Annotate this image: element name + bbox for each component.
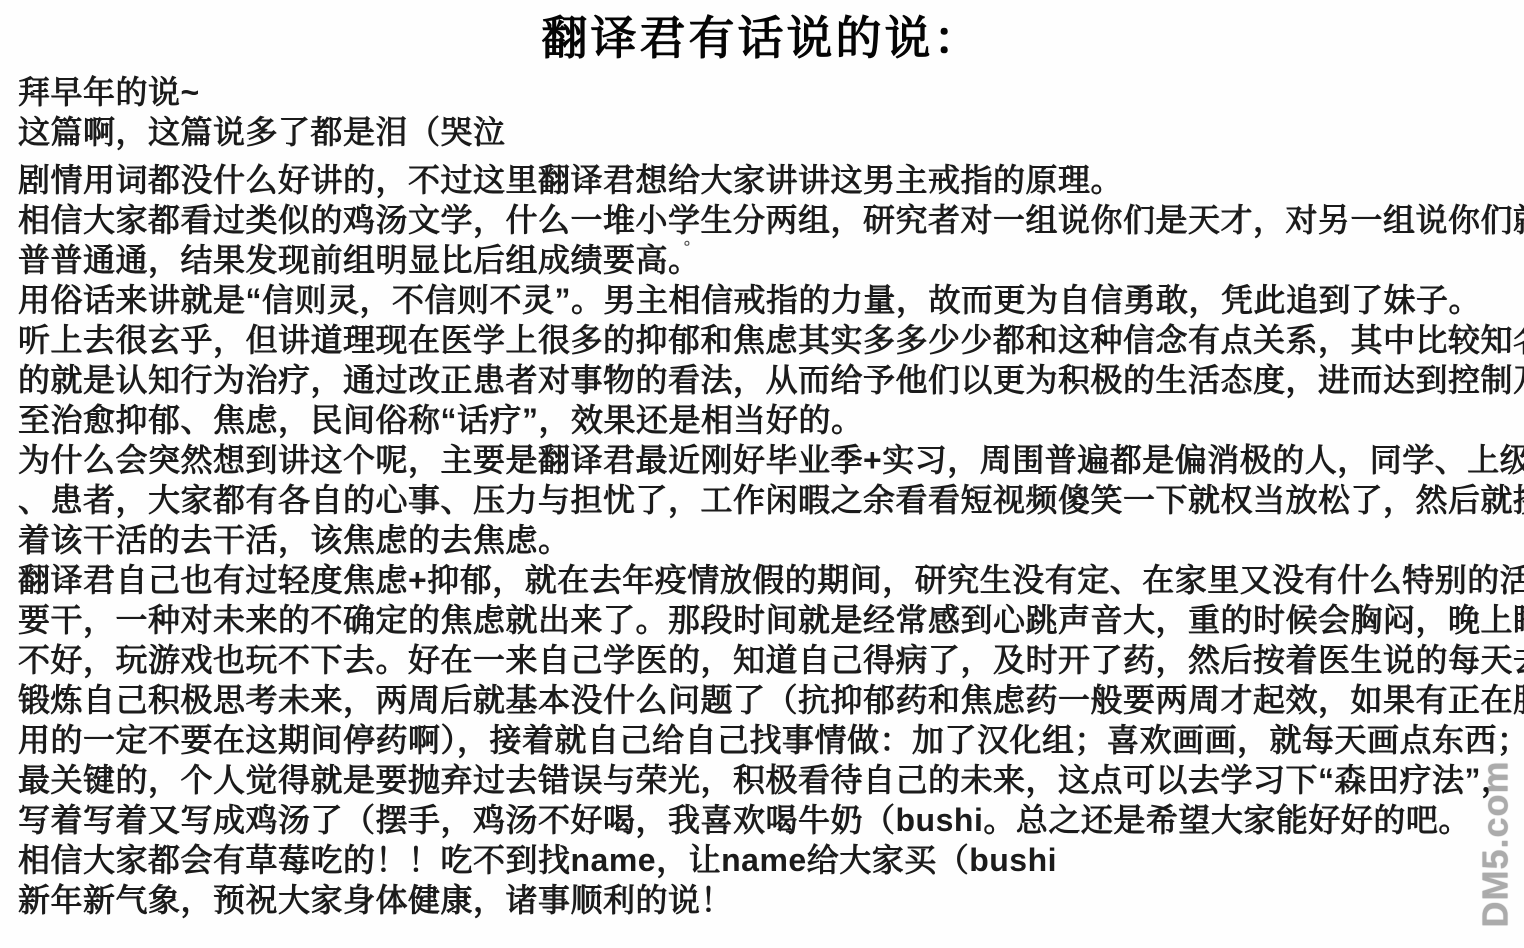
note-body: 拜早年的说~这篇啊，这篇说多了都是泪（哭泣剧情用词都没什么好讲的，不过这里翻译君…	[18, 72, 1520, 920]
text-line: 的就是认知行为治疗，通过改正患者对事物的看法，从而给予他们以更为积极的生活态度，…	[18, 360, 1520, 400]
text-line: 锻炼自己积极思考未来，两周后就基本没什么问题了（抗抑郁药和焦虑药一般要两周才起效…	[18, 680, 1520, 720]
text-line: 新年新气象，预祝大家身体健康，诸事顺利的说！	[18, 880, 1520, 920]
text-line: 普普通通，结果发现前组明显比后组成绩要高。	[18, 240, 1520, 280]
text-line: 拜早年的说~	[18, 72, 1520, 112]
text-line: 不好，玩游戏也玩不下去。好在一来自己学医的，知道自己得病了，及时开了药，然后按着…	[18, 640, 1520, 680]
text-line: 用俗话来讲就是“信则灵，不信则不灵”。男主相信戒指的力量，故而更为自信勇敢，凭此…	[18, 280, 1520, 320]
stray-punctuation-mark: 。	[684, 226, 700, 249]
text-line: 用的一定不要在这期间停药啊），接着就自己给自己找事情做：加了汉化组；喜欢画画，就…	[18, 720, 1520, 760]
text-line: 剧情用词都没什么好讲的，不过这里翻译君想给大家讲讲这男主戒指的原理。	[18, 160, 1520, 200]
text-line: 相信大家都看过类似的鸡汤文学，什么一堆小学生分两组，研究者对一组说你们是天才，对…	[18, 200, 1520, 240]
text-line: 相信大家都会有草莓吃的！！吃不到找name，让name给大家买（bushi	[18, 840, 1520, 880]
text-line: 为什么会突然想到讲这个呢，主要是翻译君最近刚好毕业季+实习，周围普遍都是偏消极的…	[18, 440, 1520, 480]
text-line: 着该干活的去干活，该焦虑的去焦虑。	[18, 520, 1520, 560]
text-line: 听上去很玄乎，但讲道理现在医学上很多的抑郁和焦虑其实多多少少都和这种信念有点关系…	[18, 320, 1520, 360]
translator-note-page: 翻译君有话说的说： 拜早年的说~这篇啊，这篇说多了都是泪（哭泣剧情用词都没什么好…	[0, 0, 1524, 948]
text-line: 至治愈抑郁、焦虑，民间俗称“话疗”，效果还是相当好的。	[18, 400, 1520, 440]
text-line: 翻译君自己也有过轻度焦虑+抑郁，就在去年疫情放假的期间，研究生没有定、在家里又没…	[18, 560, 1520, 600]
text-line: 这篇啊，这篇说多了都是泪（哭泣	[18, 112, 1520, 152]
text-line: 最关键的，个人觉得就是要抛弃过去错误与荣光，积极看待自己的未来，这点可以去学习下…	[18, 760, 1520, 800]
text-line: 写着写着又写成鸡汤了（摆手，鸡汤不好喝，我喜欢喝牛奶（bushi。总之还是希望大…	[18, 800, 1520, 840]
page-title: 翻译君有话说的说：	[0, 0, 1524, 72]
text-line: 要干，一种对未来的不确定的焦虑就出来了。那段时间就是经常感到心跳声音大，重的时候…	[18, 600, 1520, 640]
text-line: 、患者，大家都有各自的心事、压力与担忧了，工作闲暇之余看看短视频傻笑一下就权当放…	[18, 480, 1520, 520]
